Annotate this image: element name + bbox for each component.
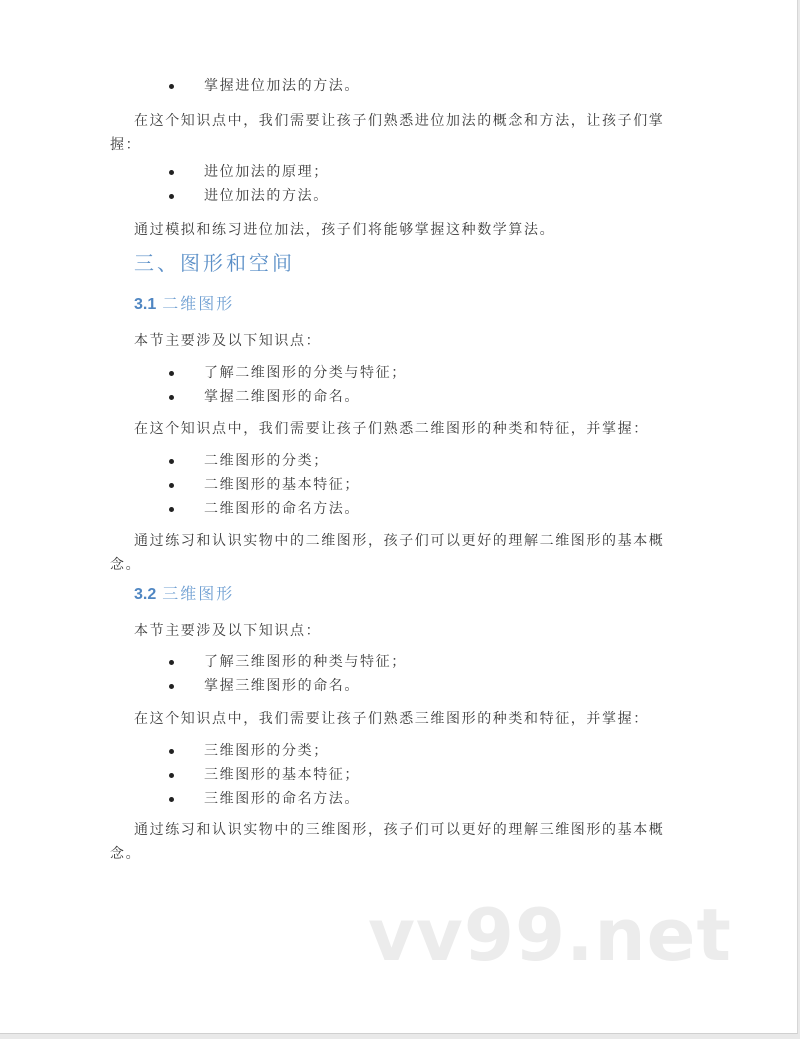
paragraph-2d-summary: 通过练习和认识实物中的二维图形，孩子们可以更好的理解二维图形的基本概 念。 xyxy=(134,529,694,577)
list-item-text: 三维图形的基本特征； xyxy=(204,767,360,783)
subheading-title: 二维图形 xyxy=(162,294,234,313)
paragraph-2d-detail: 在这个知识点中，我们需要让孩子们熟悉二维图形的种类和特征，并掌握： xyxy=(134,416,694,442)
list-item: 三维图形的命名方法。 xyxy=(134,787,694,811)
paragraph-3d-detail: 在这个知识点中，我们需要让孩子们熟悉三维图形的种类和特征，并掌握： xyxy=(134,706,694,732)
list-item: 掌握三维图形的命名。 xyxy=(134,674,694,698)
list-item-text: 掌握二维图形的命名。 xyxy=(204,389,360,405)
bullet-icon xyxy=(169,507,174,512)
subheading-title: 三维图形 xyxy=(162,584,234,603)
list-item: 了解二维图形的分类与特征； xyxy=(134,361,694,385)
list-item-text: 掌握三维图形的命名。 xyxy=(204,678,360,694)
list-item: 三维图形的分类； xyxy=(134,739,694,763)
bullet-icon xyxy=(169,797,174,802)
bullet-icon xyxy=(169,194,174,199)
bullet-icon xyxy=(169,371,174,376)
list-item: 进位加法的原理； xyxy=(134,160,694,184)
list-item-text: 了解三维图形的种类与特征； xyxy=(204,654,407,670)
paragraph-2d-intro: 本节主要涉及以下知识点： xyxy=(134,328,694,354)
section-heading-shapes-space: 三、图形和空间 xyxy=(134,249,694,277)
bullet-list-3d-skills: 三维图形的分类； 三维图形的基本特征； 三维图形的命名方法。 xyxy=(134,739,694,811)
paragraph-carry-intro: 在这个知识点中，我们需要让孩子们熟悉进位加法的概念和方法，让孩子们掌 握： xyxy=(134,109,694,157)
subheading-number: 3.2 xyxy=(134,586,156,603)
list-item-text: 掌握进位加法的方法。 xyxy=(204,78,360,94)
bullet-list-2d-points: 了解二维图形的分类与特征； 掌握二维图形的命名。 xyxy=(134,361,694,409)
bullet-list-carry: 进位加法的原理； 进位加法的方法。 xyxy=(134,160,694,208)
bullet-list-carry-top: 掌握进位加法的方法。 xyxy=(134,74,694,98)
paragraph-line: 念。 xyxy=(110,842,694,866)
bullet-icon xyxy=(169,84,174,89)
paragraph-3d-intro: 本节主要涉及以下知识点： xyxy=(134,618,694,644)
paragraph-line: 在这个知识点中，我们需要让孩子们熟悉进位加法的概念和方法，让孩子们掌 xyxy=(134,109,694,133)
list-item-text: 二维图形的基本特征； xyxy=(204,477,360,493)
paragraph-line: 念。 xyxy=(110,553,694,577)
bullet-list-2d-skills: 二维图形的分类； 二维图形的基本特征； 二维图形的命名方法。 xyxy=(134,449,694,521)
list-item-text: 三维图形的分类； xyxy=(204,743,329,759)
list-item-text: 二维图形的命名方法。 xyxy=(204,501,360,517)
paragraph-line: 通过练习和认识实物中的二维图形，孩子们可以更好的理解二维图形的基本概 xyxy=(134,529,694,553)
subheading-3d-shapes: 3.2三维图形 xyxy=(134,582,694,607)
watermark-text: vv99.net xyxy=(368,895,732,975)
bullet-icon xyxy=(169,749,174,754)
list-item: 二维图形的分类； xyxy=(134,449,694,473)
list-item-text: 进位加法的方法。 xyxy=(204,188,329,204)
list-item: 掌握二维图形的命名。 xyxy=(134,385,694,409)
subheading-number: 3.1 xyxy=(134,296,156,313)
paragraph-line: 握： xyxy=(110,133,694,157)
list-item: 了解三维图形的种类与特征； xyxy=(134,650,694,674)
bullet-icon xyxy=(169,395,174,400)
paragraph-carry-summary: 通过模拟和练习进位加法，孩子们将能够掌握这种数学算法。 xyxy=(134,217,694,243)
bullet-icon xyxy=(169,773,174,778)
list-item-text: 三维图形的命名方法。 xyxy=(204,791,360,807)
list-item: 三维图形的基本特征； xyxy=(134,763,694,787)
paragraph-line: 通过练习和认识实物中的三维图形，孩子们可以更好的理解三维图形的基本概 xyxy=(134,818,694,842)
bullet-icon xyxy=(169,660,174,665)
list-item: 掌握进位加法的方法。 xyxy=(134,74,694,98)
document-page: 掌握进位加法的方法。 在这个知识点中，我们需要让孩子们熟悉进位加法的概念和方法，… xyxy=(0,0,798,1034)
bullet-icon xyxy=(169,684,174,689)
bullet-icon xyxy=(169,459,174,464)
list-item: 进位加法的方法。 xyxy=(134,184,694,208)
list-item-text: 进位加法的原理； xyxy=(204,164,329,180)
subheading-2d-shapes: 3.1二维图形 xyxy=(134,292,694,317)
bullet-list-3d-points: 了解三维图形的种类与特征； 掌握三维图形的命名。 xyxy=(134,650,694,698)
list-item-text: 二维图形的分类； xyxy=(204,453,329,469)
bullet-icon xyxy=(169,170,174,175)
paragraph-3d-summary: 通过练习和认识实物中的三维图形，孩子们可以更好的理解三维图形的基本概 念。 xyxy=(134,818,694,866)
bullet-icon xyxy=(169,483,174,488)
list-item: 二维图形的基本特征； xyxy=(134,473,694,497)
list-item: 二维图形的命名方法。 xyxy=(134,497,694,521)
list-item-text: 了解二维图形的分类与特征； xyxy=(204,365,407,381)
